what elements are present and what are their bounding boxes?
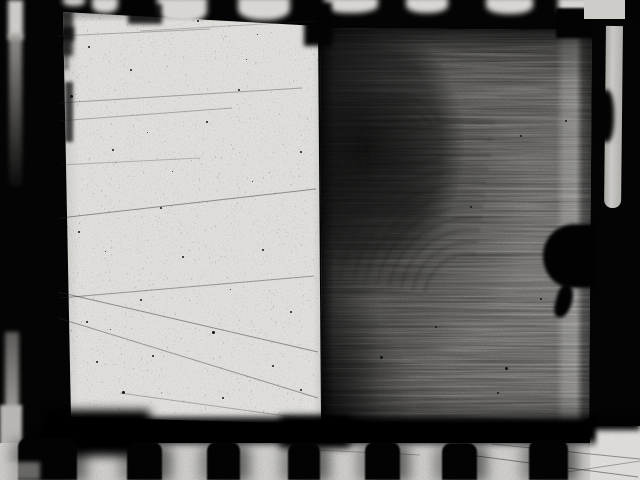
- top-right-light-patch: [584, 0, 625, 19]
- dust-speck: [520, 135, 522, 137]
- bottom-right-film-corner: [590, 426, 640, 480]
- left-page-edge-dirt-streak: [65, 82, 73, 142]
- film-edge-streak-middle: [9, 34, 22, 186]
- sprocket-hole-glow: [92, 0, 118, 13]
- left-page: [57, 12, 321, 424]
- dust-speck: [435, 326, 437, 328]
- film-edge-streak-lower: [5, 332, 19, 410]
- dust-speck: [380, 356, 383, 359]
- dust-speck: [505, 367, 508, 370]
- sprocket-hole-glow: [238, 0, 290, 20]
- page-bottom-shadow-left: [50, 410, 150, 456]
- dust-speck: [497, 392, 499, 394]
- sprocket-hole-glow: [63, 0, 85, 6]
- film-tear-blob: [543, 224, 595, 288]
- microfilm-frame: [0, 0, 640, 480]
- page-bottom-shadow-gutter: [280, 416, 350, 448]
- left-page-edge-dirt-streak-2: [63, 42, 69, 70]
- strip-dark-bite: [598, 90, 614, 142]
- dust-speck: [470, 206, 472, 208]
- right-page: [320, 26, 592, 434]
- dust-speck: [540, 298, 542, 300]
- top-edge-dirt-blob: [128, 4, 162, 24]
- dust-speck: [565, 120, 567, 122]
- bottom-left-light-smudge: [0, 462, 40, 480]
- top-right-black-edge: [625, 0, 640, 20]
- sprocket-hole-glow: [324, 0, 378, 13]
- gutter-top-shadow: [304, 2, 332, 46]
- left-page-edge-blot: [60, 27, 74, 41]
- sprocket-hole-glow: [486, 0, 533, 14]
- sprocket-hole-glow: [406, 0, 448, 13]
- right-page-specks: [320, 26, 592, 434]
- left-page-edge-shading: [57, 12, 321, 424]
